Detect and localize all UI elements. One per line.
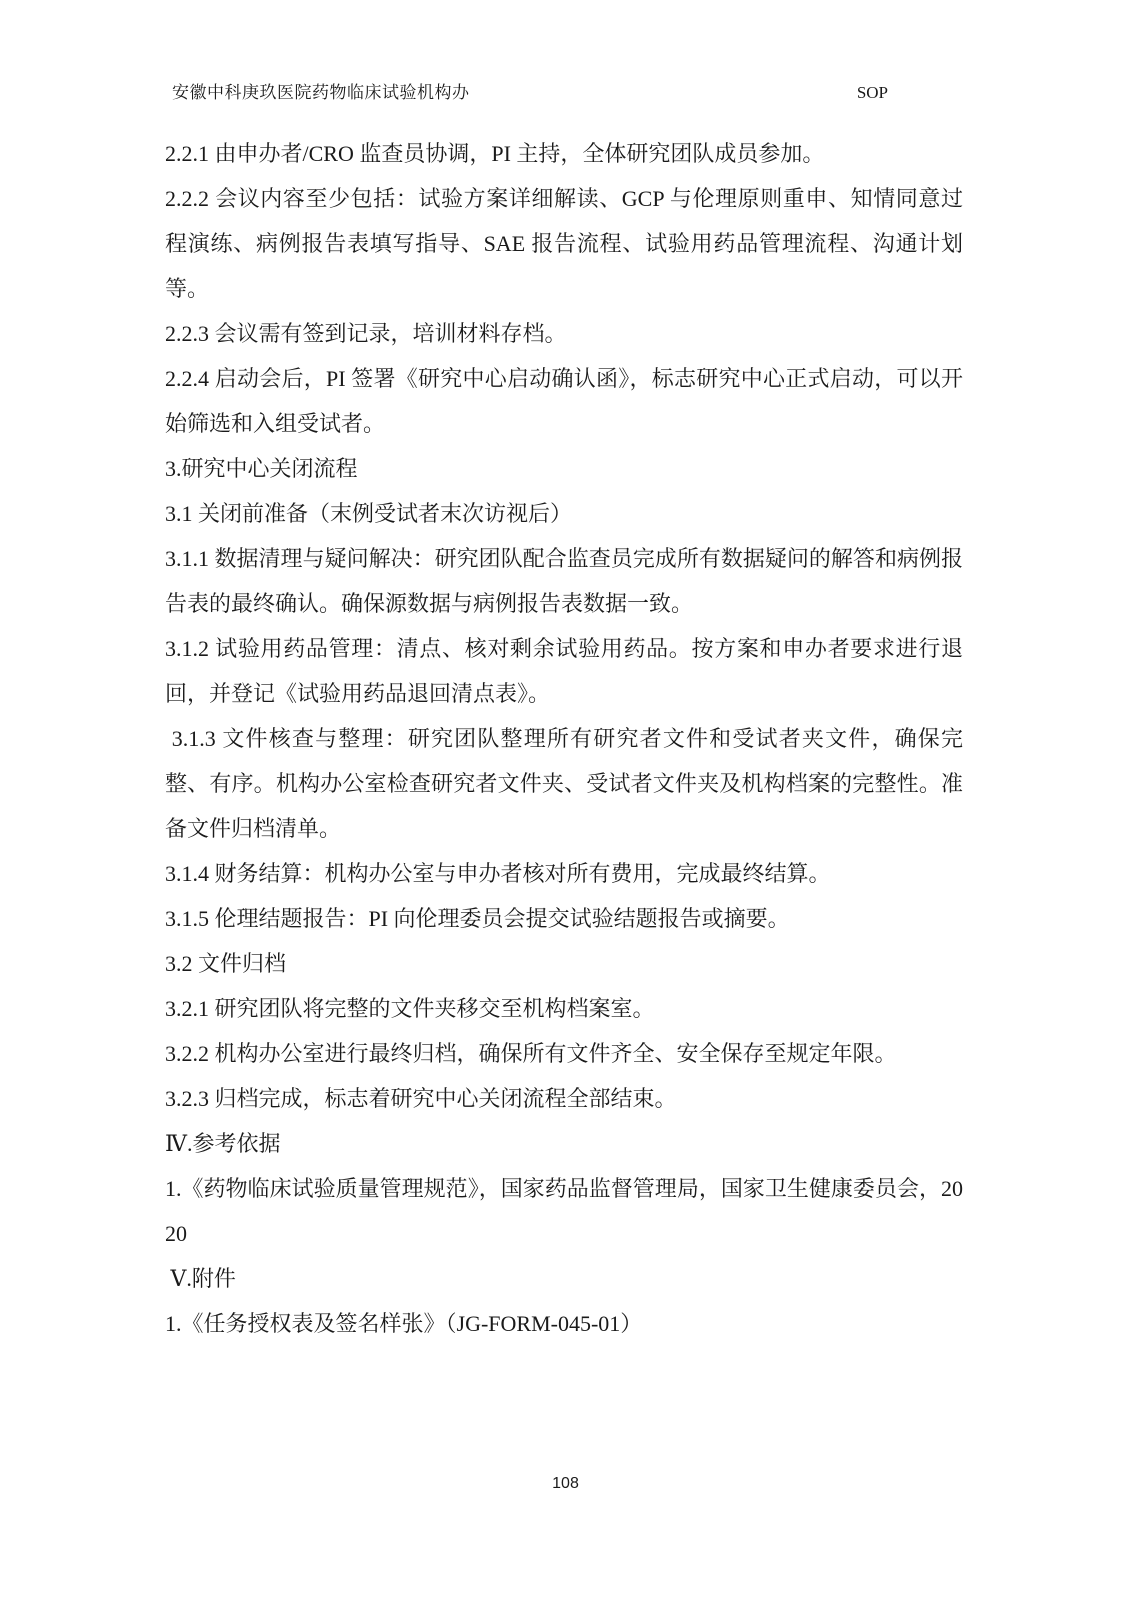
paragraph: Ⅳ.参考依据 xyxy=(165,1121,963,1166)
header-sop-label: SOP xyxy=(857,82,888,104)
paragraph: 1.《药物临床试验质量管理规范》，国家药品监督管理局，国家卫生健康委员会，202… xyxy=(165,1166,963,1256)
paragraph: 2.2.3 会议需有签到记录，培训材料存档。 xyxy=(165,311,963,356)
paragraph: 3.2.1 研究团队将完整的文件夹移交至机构档案室。 xyxy=(165,986,963,1031)
document-body: 2.2.1 由申办者/CRO 监查员协调，PI 主持，全体研究团队成员参加。2.… xyxy=(165,131,963,1346)
document-page: 安徽中科庚玖医院药物临床试验机构办 SOP 2.2.1 由申办者/CRO 监查员… xyxy=(0,0,1131,1600)
page-footer: 108 xyxy=(0,1474,1131,1494)
paragraph: 2.2.2 会议内容至少包括：试验方案详细解读、GCP 与伦理原则重申、知情同意… xyxy=(165,176,963,311)
paragraph: 2.2.4 启动会后，PI 签署《研究中心启动确认函》，标志研究中心正式启动，可… xyxy=(165,356,963,446)
paragraph: 3.1 关闭前准备（末例受试者末次访视后） xyxy=(165,491,963,536)
paragraph: 3.2.3 归档完成，标志着研究中心关闭流程全部结束。 xyxy=(165,1076,963,1121)
paragraph: 3.研究中心关闭流程 xyxy=(165,446,963,491)
page-header: 安徽中科庚玖医院药物临床试验机构办 SOP xyxy=(172,82,888,104)
paragraph: 3.2 文件归档 xyxy=(165,941,963,986)
paragraph: 2.2.1 由申办者/CRO 监查员协调，PI 主持，全体研究团队成员参加。 xyxy=(165,131,963,176)
paragraph: 3.1.5 伦理结题报告：PI 向伦理委员会提交试验结题报告或摘要。 xyxy=(165,896,963,941)
paragraph: Ⅴ.附件 xyxy=(165,1256,963,1301)
paragraph: 3.1.4 财务结算：机构办公室与申办者核对所有费用，完成最终结算。 xyxy=(165,851,963,896)
header-institution-title: 安徽中科庚玖医院药物临床试验机构办 xyxy=(172,82,470,104)
paragraph: 3.1.1 数据清理与疑问解决：研究团队配合监查员完成所有数据疑问的解答和病例报… xyxy=(165,536,963,626)
paragraph: 3.2.2 机构办公室进行最终归档，确保所有文件齐全、安全保存至规定年限。 xyxy=(165,1031,963,1076)
page-number: 108 xyxy=(552,1475,579,1492)
paragraph: 3.1.2 试验用药品管理：清点、核对剩余试验用药品。按方案和申办者要求进行退回… xyxy=(165,626,963,716)
paragraph: 3.1.3 文件核查与整理：研究团队整理所有研究者文件和受试者夹文件，确保完整、… xyxy=(165,716,963,851)
paragraph: 1.《任务授权表及签名样张》（JG-FORM-045-01） xyxy=(165,1301,963,1346)
